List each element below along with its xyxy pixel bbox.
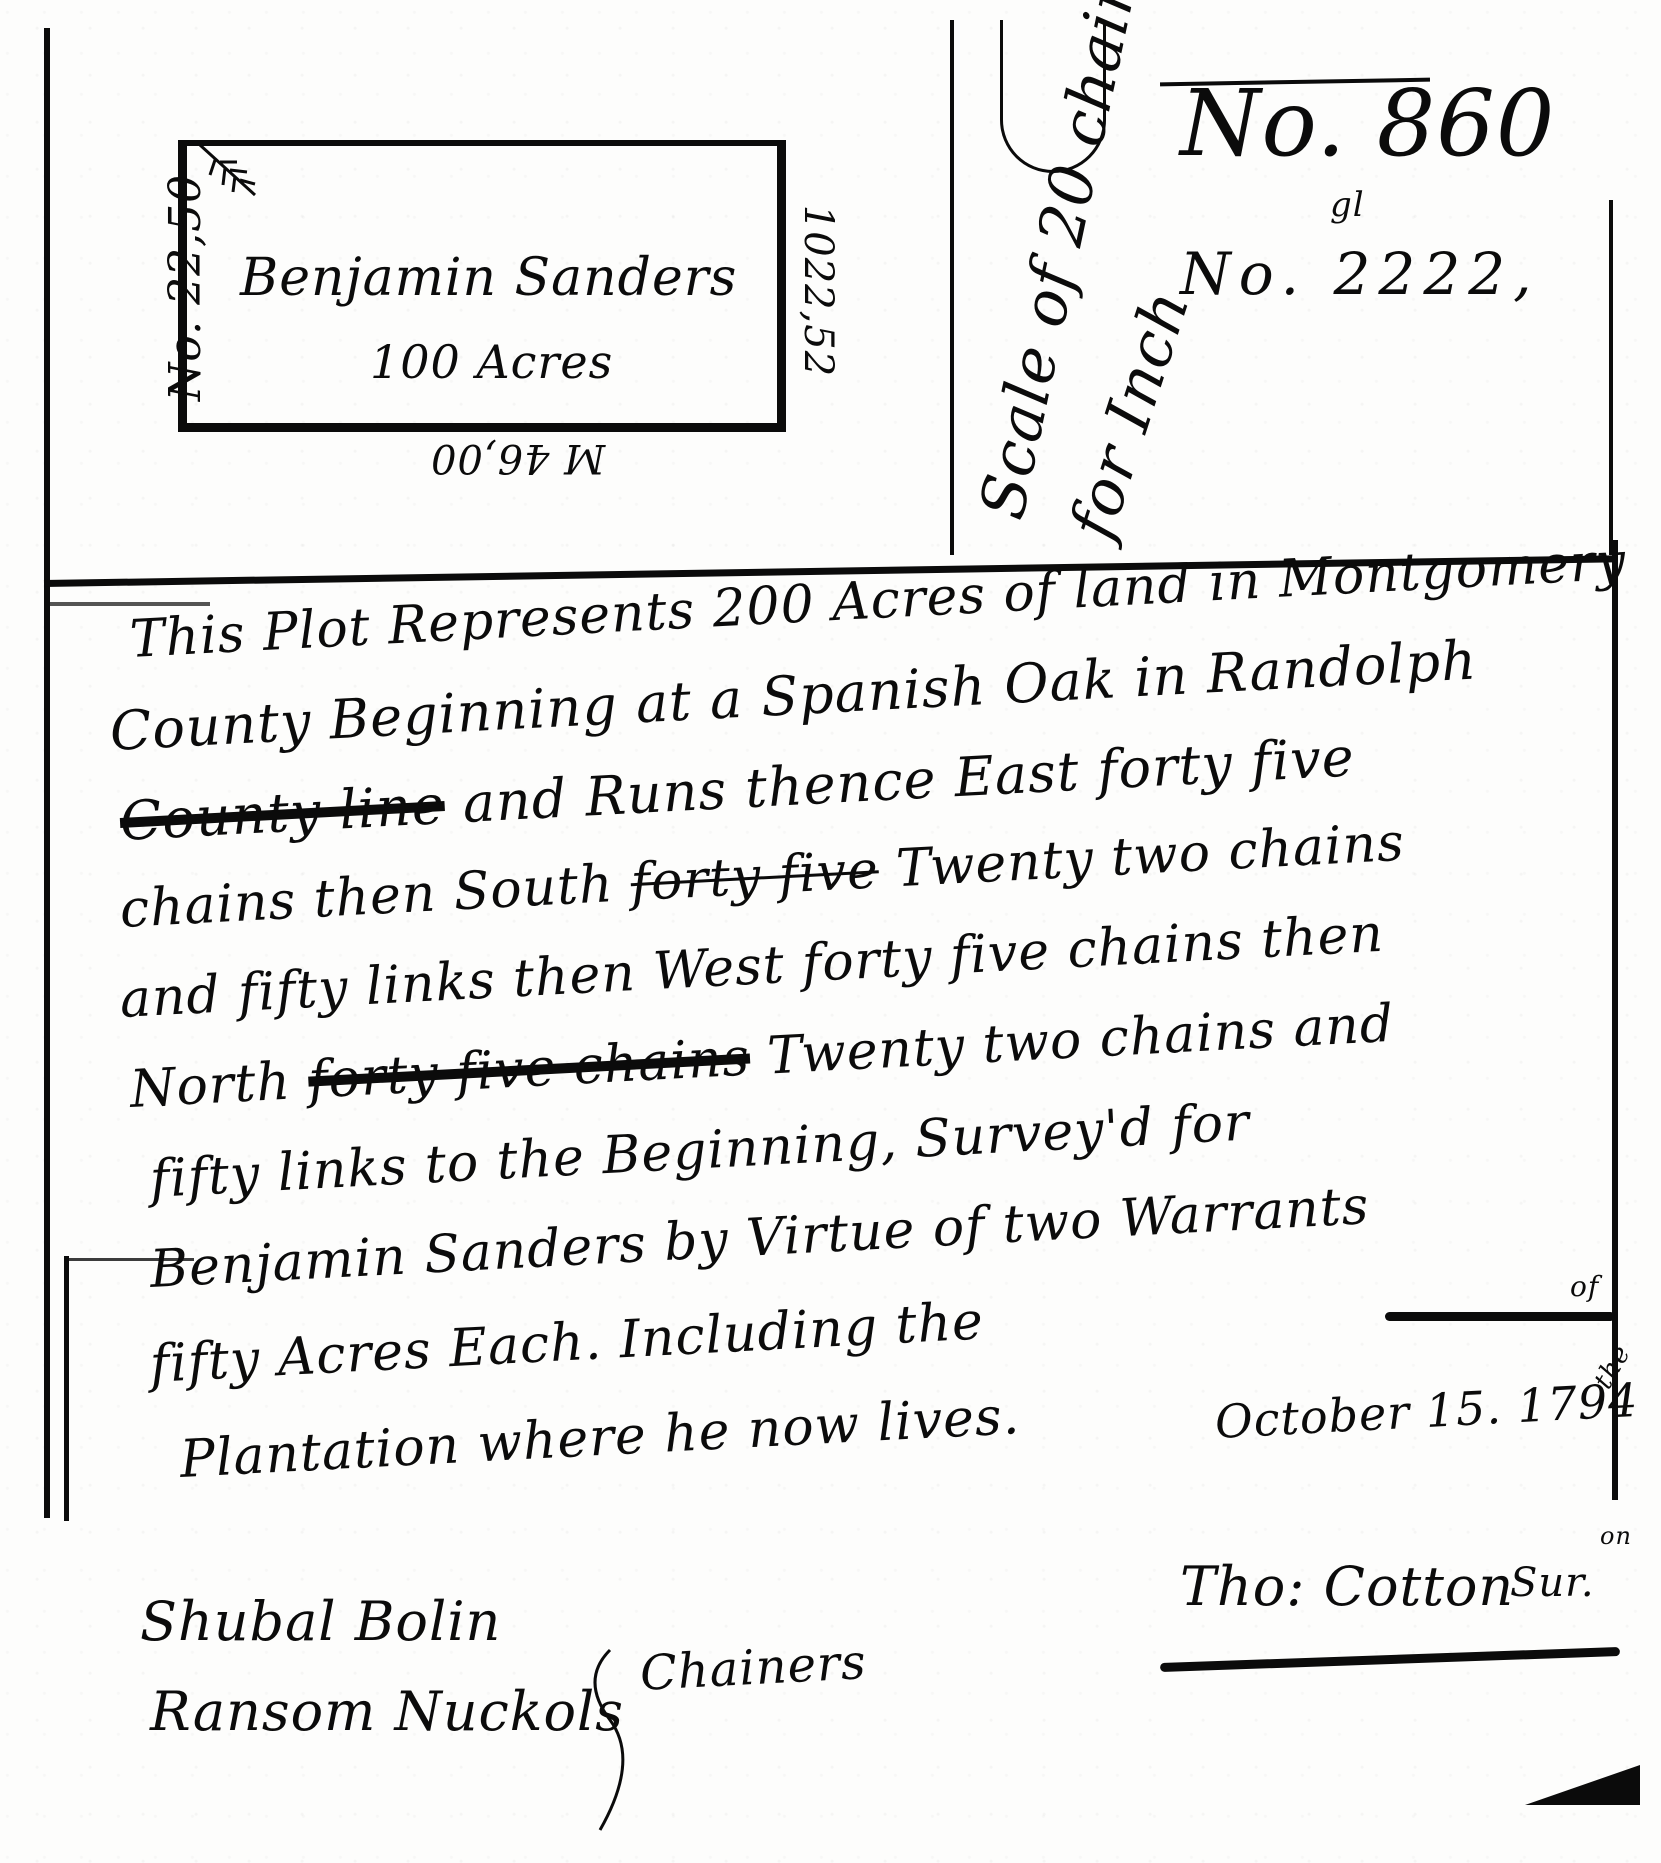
body-line-4-before: chains then South (118, 853, 632, 940)
plat-owner-name: Benjamin Sanders (240, 248, 737, 308)
left-lower-rule (64, 1256, 69, 1521)
plat-acreage: 100 Acres (370, 335, 613, 389)
chain-carrier-1: Shubal Bolin (140, 1590, 501, 1653)
struck-text: County line (118, 773, 446, 853)
survey-date: October 15. 1794 (1214, 1373, 1640, 1449)
chain-carrier-2: Ransom Nuckols (150, 1680, 624, 1743)
chain-carriers-label: Chainers (639, 1634, 868, 1702)
page-corner-shadow (1525, 1765, 1645, 1815)
signature-underline (1160, 1647, 1620, 1672)
surveyor-signature: Tho: Cotton (1180, 1555, 1514, 1618)
body-line-4-after: Twenty two chains (877, 813, 1406, 900)
left-margin-rule (44, 28, 50, 1518)
document-page: Benjamin Sanders 100 Acres No. 22,50 102… (0, 0, 1661, 1863)
plat-side-left-label: No. 22,50 (160, 174, 211, 401)
plat-side-right-label: 1022,52 (795, 205, 841, 377)
file-number: No. 860 (1180, 70, 1555, 177)
body-line-10: Plantation where he now lives. (178, 1386, 1021, 1490)
plat-side-bottom-label: M 46,00 (430, 435, 605, 481)
body-line-3-text: and Runs thence East forty five (443, 725, 1356, 836)
docket-divider-rule (950, 20, 954, 555)
body-line-6-before: North (128, 1051, 309, 1120)
margin-mark-of: of (1570, 1270, 1599, 1303)
body-line-6-after: Twenty two chains and (748, 994, 1395, 1088)
brace-flourish-icon (570, 1640, 650, 1840)
body-line-9: fifty Acres Each. Including the (148, 1291, 985, 1395)
margin-mark-on: on (1600, 1522, 1632, 1550)
struck-text: forty five (629, 840, 880, 913)
grant-number: No. 2222, (1180, 240, 1540, 308)
struck-text: forty five chains (307, 1028, 752, 1111)
file-subscript: gl (1330, 185, 1365, 225)
warrant-strike-rule (1385, 1312, 1615, 1321)
surveyor-title: Sur. (1510, 1560, 1595, 1606)
header-divider-rule-2 (50, 602, 210, 606)
right-top-rule (1609, 200, 1613, 555)
